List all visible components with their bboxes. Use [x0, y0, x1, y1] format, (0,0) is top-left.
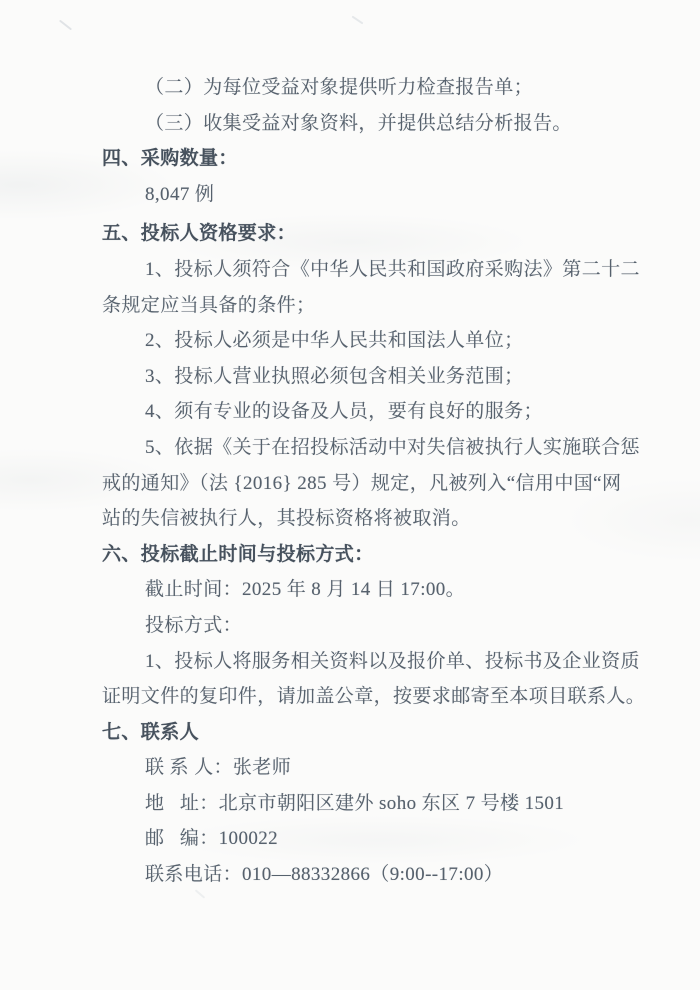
- text-line: 2、投标人必须是中华人民共和国法人单位；: [102, 323, 662, 359]
- text-line: 戒的通知》（法 {2016} 285 号）规定，凡被列入“信用中国“网: [102, 466, 662, 502]
- scan-artifact: [59, 20, 72, 31]
- text-line: 5、依据《关于在招投标活动中对失信被执行人实施联合惩: [102, 430, 662, 466]
- contact-postcode-line: 邮 编：100022: [102, 821, 662, 857]
- text-line: 4、须有专业的设备及人员，要有良好的服务；: [102, 394, 662, 430]
- contact-name-line: 联 系 人：张老师: [102, 750, 662, 786]
- text-line: 8,047 例: [102, 177, 662, 213]
- text-line: （三）收集受益对象资料，并提供总结分析报告。: [102, 106, 662, 142]
- text-line: 投标方式：: [102, 608, 662, 644]
- section-heading-quantity: 四、采购数量：: [102, 141, 662, 177]
- scan-artifact: [352, 16, 364, 25]
- text-line: 1、投标人将服务相关资料以及报价单、投标书及企业资质: [102, 644, 662, 680]
- text-line: 截止时间：2025 年 8 月 14 日 17:00。: [102, 572, 662, 608]
- contact-address-line: 地 址：北京市朝阳区建外 soho 东区 7 号楼 1501: [102, 786, 662, 822]
- scanned-document-page: （二）为每位受益对象提供听力检查报告单； （三）收集受益对象资料，并提供总结分析…: [0, 0, 700, 990]
- text-line: 证明文件的复印件，请加盖公章，按要求邮寄至本项目联系人。: [102, 679, 662, 715]
- contact-phone-line: 联系电话：010—88332866（9:00--17:00）: [102, 857, 662, 893]
- text-line: 1、投标人须符合《中华人民共和国政府采购法》第二十二: [102, 252, 662, 288]
- text-line: 站的失信被执行人，其投标资格将被取消。: [102, 501, 662, 537]
- document-body: （二）为每位受益对象提供听力检查报告单； （三）收集受益对象资料，并提供总结分析…: [102, 70, 662, 893]
- section-heading-deadline: 六、投标截止时间与投标方式：: [102, 537, 662, 573]
- section-heading-contact: 七、联系人: [102, 715, 662, 751]
- section-heading-qualifications: 五、投标人资格要求：: [102, 216, 662, 252]
- text-line: 3、投标人营业执照必须包含相关业务范围；: [102, 359, 662, 395]
- text-line: （二）为每位受益对象提供听力检查报告单；: [102, 70, 662, 106]
- text-line: 条规定应当具备的条件；: [102, 288, 662, 324]
